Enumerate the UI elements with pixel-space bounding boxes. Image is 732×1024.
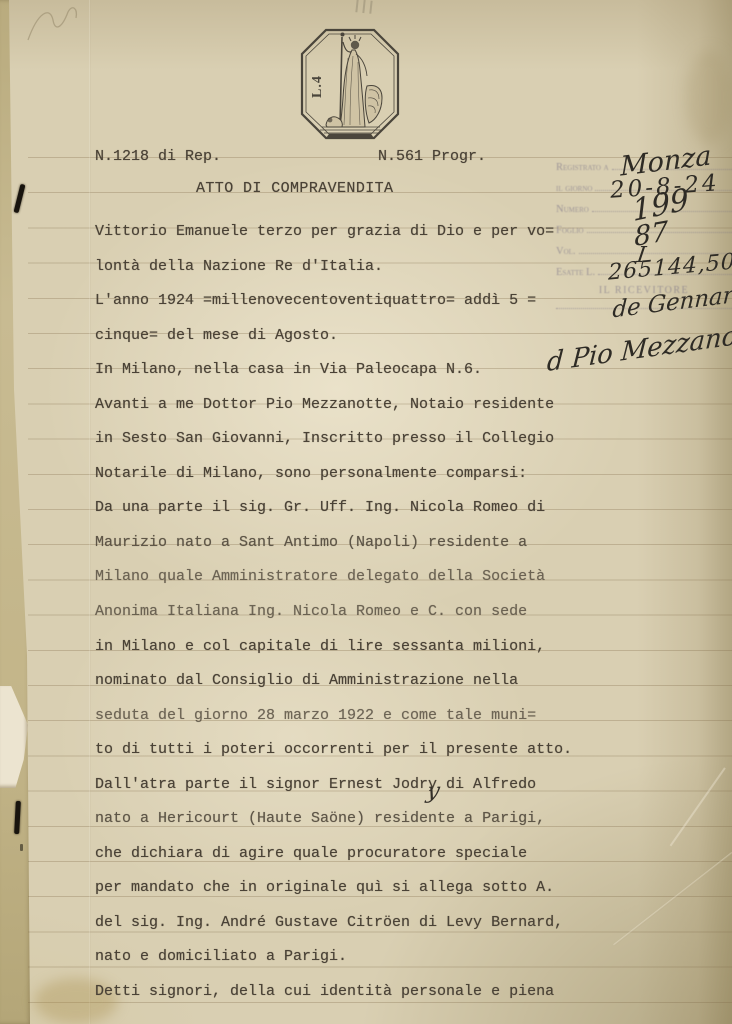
staple-mark: [14, 184, 26, 213]
body-line: Notarile di Milano, sono personalmente c…: [95, 466, 585, 501]
stamp-field-label: Foglio: [556, 225, 584, 236]
pencil-tally-mark: [355, 0, 372, 14]
document-title: ATTO DI COMPRAVENDITA: [196, 181, 393, 197]
stamp-field-label: il giorno: [556, 183, 592, 194]
body-line: Vittorio Emanuele terzo per grazia di Di…: [95, 224, 585, 259]
italia-figure: [320, 33, 382, 134]
body-line: Detti signori, della cui identità person…: [95, 984, 585, 1019]
body-line: Dall'atra parte il signor Ernest Jodry d…: [95, 777, 585, 812]
body-line: del sig. Ing. André Gustave Citröen di L…: [95, 915, 585, 950]
repertory-number: N.1218 di Rep.: [95, 149, 221, 165]
paper-stain: [686, 50, 732, 145]
vertical-fold-crease: [89, 0, 91, 1024]
body-line: Maurizio nato a Sant Antimo (Napoli) res…: [95, 535, 585, 570]
diagonal-crease: [613, 852, 732, 946]
body-line: in Milano e col capitale di lire sessant…: [95, 639, 585, 674]
document-body: Vittorio Emanuele terzo per grazia di Di…: [95, 224, 585, 1019]
stamp-denomination: L.4: [310, 75, 325, 98]
progressive-number: N.561 Progr.: [378, 149, 486, 165]
body-line: L'anno 1924 =millenovecentoventiquattro=…: [95, 293, 585, 328]
revenue-stamp-emblem: L.4: [300, 28, 400, 140]
stamp-field-label: Registrato a: [556, 162, 609, 173]
body-line: in Sesto San Giovanni, Inscritto presso …: [95, 431, 585, 466]
pencil-scribble: [20, 2, 100, 52]
body-line: nato a Hericourt (Haute Saöne) residente…: [95, 811, 585, 846]
body-line: nato e domiciliato a Parigi.: [95, 949, 585, 984]
body-line: In Milano, nella casa in Via Paleocapa N…: [95, 362, 585, 397]
stamp-field-label: Vol.: [556, 246, 576, 257]
body-line: cinque= del mese di Agosto.: [95, 328, 585, 363]
body-line: Anonima Italiana Ing. Nicola Romeo e C. …: [95, 604, 585, 639]
body-line: seduta del giorno 28 marzo 1922 e come t…: [95, 708, 585, 743]
notarial-deed-page: L.4 N.1218 di Rep. N.561 Progr. ATTO DI …: [0, 0, 732, 1024]
diagonal-crease: [670, 767, 726, 846]
body-line: Da una parte il sig. Gr. Uff. Ing. Nicol…: [95, 500, 585, 535]
body-line: Avanti a me Dottor Pio Mezzanotte, Notai…: [95, 397, 585, 432]
stamp-field-label: Numero: [556, 204, 589, 215]
body-line: nominato dal Consiglio di Amministrazion…: [95, 673, 585, 708]
body-line: to di tutti i poteri occorrenti per il p…: [95, 742, 585, 777]
body-line: Milano quale Amministratore delegato del…: [95, 569, 585, 604]
stamp-field-label: Esatte L.: [556, 267, 595, 278]
binding-edge-strip: [0, 0, 32, 1024]
staple-mark: [20, 844, 23, 851]
body-line: che dichiara di agire quale procuratore …: [95, 846, 585, 881]
body-line: lontà della Nazione Re d'Italia.: [95, 259, 585, 294]
body-line: per mandato che in originale quì si alle…: [95, 880, 585, 915]
